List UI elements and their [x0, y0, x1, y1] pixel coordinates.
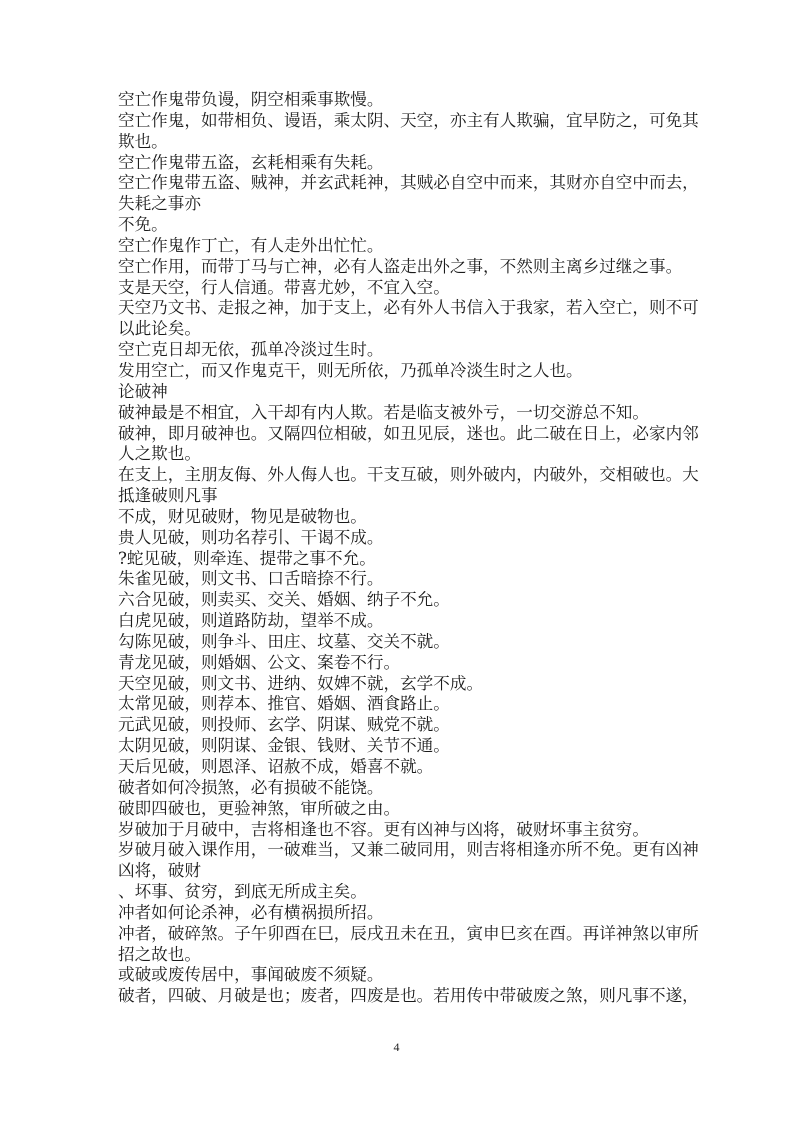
text-line: 六合见破，则卖买、交关、婚姻、纳子不允。: [118, 590, 678, 611]
text-line: 元武见破，则投师、玄学、阴谋、贼党不就。: [118, 715, 678, 736]
text-line: 冲者，破碎煞。子午卯酉在巳，辰戌丑未在丑，寅申巳亥在酉。再详神煞以审所: [118, 924, 678, 945]
text-line: 破者如何冷损煞，必有损破不能饶。: [118, 778, 678, 799]
text-line: 破神最是不相宜，入干却有内人欺。若是临支被外亏，一切交游总不知。: [118, 403, 678, 424]
text-line: 空亡作鬼带五盗，玄耗相乘有失耗。: [118, 153, 678, 174]
page-number: 4: [0, 1040, 793, 1055]
text-line: 欺也。: [118, 132, 678, 153]
text-line: 冲者如何论杀神，必有横祸损所招。: [118, 903, 678, 924]
text-line: 以此论矣。: [118, 319, 678, 340]
text-line: 青龙见破，则婚姻、公文、案卷不行。: [118, 653, 678, 674]
text-line: 天后见破，则恩泽、诏赦不成，婚喜不就。: [118, 757, 678, 778]
text-line: 空亡作鬼作丁亡，有人走外出忙忙。: [118, 236, 678, 257]
text-line: 太常见破，则荐本、推官、婚姻、酒食路止。: [118, 694, 678, 715]
text-line: 岁破月破入课作用，一破难当，又兼二破同用，则吉将相逢亦所不免。更有凶神: [118, 840, 678, 861]
text-line: 招之故也。: [118, 945, 678, 966]
text-line: 破即四破也，更验神煞，审所破之由。: [118, 799, 678, 820]
text-line: ?蛇见破，则牵连、提带之事不允。: [118, 549, 678, 570]
text-line: 不成，财见破财，物见是破物也。: [118, 507, 678, 528]
text-line: 天空见破，则文书、进纳、奴婢不就，玄学不成。: [118, 674, 678, 695]
text-line: 失耗之事亦: [118, 194, 678, 215]
text-line: 白虎见破，则道路防劫，望举不成。: [118, 611, 678, 632]
document-page: 空亡作鬼带负谩，阴空相乘事欺慢。空亡作鬼，如带相负、谩语，乘太阴、天空，亦主有人…: [0, 0, 793, 1122]
text-line: 天空乃文书、走报之神，加于支上，必有外人书信入于我家，若入空亡，则不可: [118, 298, 678, 319]
text-line: 、坏事、贫穷，到底无所成主矣。: [118, 882, 678, 903]
text-line: 贵人见破，则功名荐引、干谒不成。: [118, 528, 678, 549]
body-text: 空亡作鬼带负谩，阴空相乘事欺慢。空亡作鬼，如带相负、谩语，乘太阴、天空，亦主有人…: [118, 90, 678, 1007]
text-line: 或破或废传居中，事闻破废不须疑。: [118, 965, 678, 986]
text-line: 空亡克日却无依，孤单冷淡过生时。: [118, 340, 678, 361]
text-line: 破神，即月破神也。又隔四位相破，如丑见辰，迷也。此二破在日上，必家内邻: [118, 424, 678, 445]
text-line: 抵逢破则凡事: [118, 486, 678, 507]
text-line: 空亡作鬼带五盗、贼神，并玄武耗神，其贼必自空中而来，其财亦自空中而去，: [118, 173, 678, 194]
text-line: 太阴见破，则阴谋、金银、钱财、关节不通。: [118, 736, 678, 757]
text-line: 在支上，主朋友侮、外人侮人也。干支互破，则外破内，内破外，交相破也。大: [118, 465, 678, 486]
text-line: 支是天空，行人信通。带喜尤妙，不宜入空。: [118, 278, 678, 299]
text-line: 不免。: [118, 215, 678, 236]
text-line: 岁破加于月破中，吉将相逢也不容。更有凶神与凶将，破财坏事主贫穷。: [118, 820, 678, 841]
text-line: 论破神: [118, 382, 678, 403]
text-line: 发用空亡，而又作鬼克干，则无所依，乃孤单冷淡生时之人也。: [118, 361, 678, 382]
text-line: 空亡作鬼带负谩，阴空相乘事欺慢。: [118, 90, 678, 111]
text-line: 破者，四破、月破是也；废者，四废是也。若用传中带破废之煞，则凡事不遂，: [118, 986, 678, 1007]
text-line: 勾陈见破，则争斗、田庄、坟墓、交关不就。: [118, 632, 678, 653]
text-line: 朱雀见破，则文书、口舌暗捺不行。: [118, 569, 678, 590]
text-line: 空亡作鬼，如带相负、谩语，乘太阴、天空，亦主有人欺骗，宜早防之，可免其: [118, 111, 678, 132]
text-line: 人之欺也。: [118, 444, 678, 465]
text-line: 凶将，破财: [118, 861, 678, 882]
text-line: 空亡作用，而带丁马与亡神，必有人盗走出外之事，不然则主离乡过继之事。: [118, 257, 678, 278]
